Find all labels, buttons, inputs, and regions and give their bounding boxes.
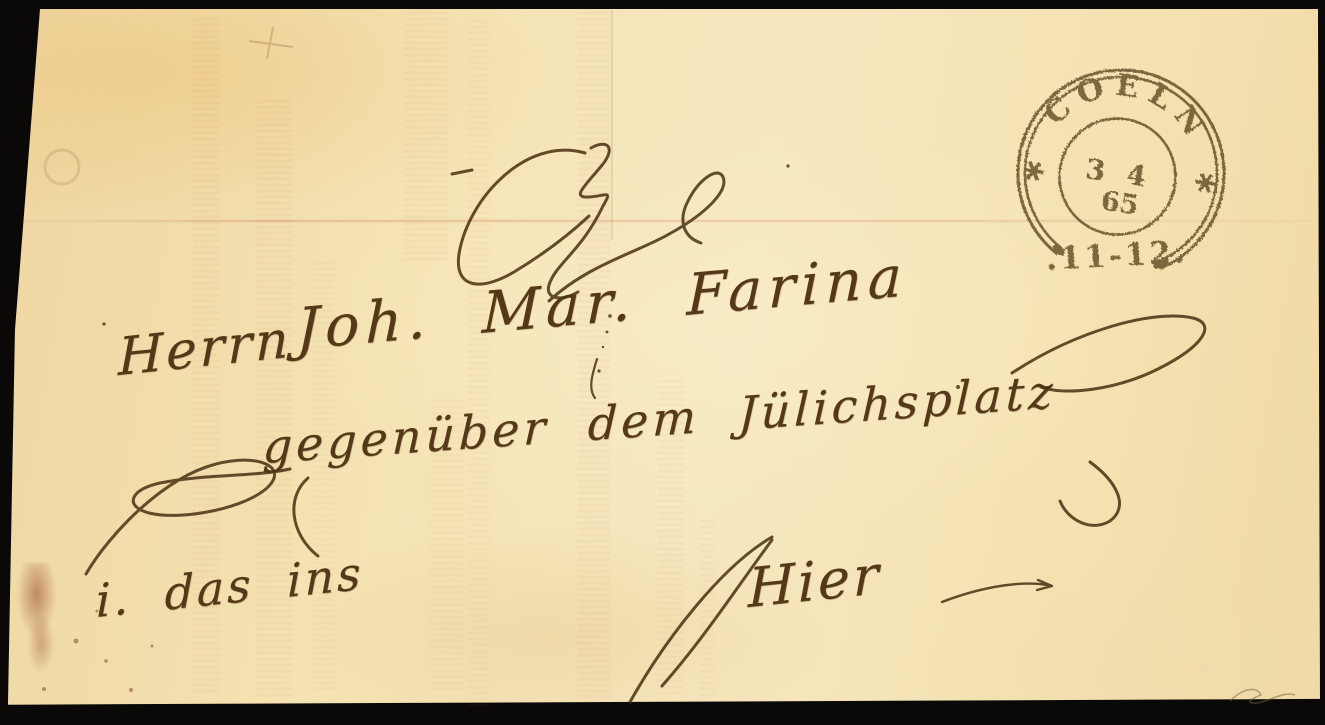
flourish-delivery-dash [942, 580, 1052, 602]
ink-dot [786, 164, 789, 167]
flourish-delivery [630, 537, 772, 702]
pencil-mark [1230, 689, 1295, 703]
flourish-top [548, 144, 609, 298]
postmark-year: 65 [1099, 186, 1141, 222]
postmark-town: COELN [1034, 57, 1222, 153]
stain-speck [42, 687, 46, 691]
stain-speck [151, 645, 154, 648]
flourish-left [86, 460, 290, 574]
flourish-top [458, 150, 589, 284]
ink-speck [606, 331, 609, 334]
stain-speck [129, 688, 133, 692]
photograph-of-folded-letter: Herrn Joh. Mar. Farina gegenüber dem Jül… [0, 0, 1325, 725]
mark-tick [102, 322, 105, 325]
ink-speck [611, 299, 614, 302]
ink-speck [608, 314, 612, 318]
flourish-delivery [662, 540, 772, 686]
stain-speck [74, 639, 79, 644]
ink-speck [597, 369, 600, 372]
stain-speck [104, 659, 108, 663]
ink-dot [956, 385, 960, 389]
postmark: COELN 3 4 65 .11-12. [1000, 50, 1260, 280]
stain-speck [96, 610, 99, 613]
show-through-seal [45, 150, 79, 184]
postmark-time-mark: .11-12. [1045, 234, 1188, 277]
flourish-left [294, 478, 318, 556]
flourish-recipient-swash [1012, 316, 1205, 391]
ink-flick [591, 359, 597, 398]
crease-cross [249, 27, 293, 59]
flourish-top [549, 173, 724, 301]
flourish-top [452, 170, 472, 174]
ink-speck [602, 346, 604, 348]
asterisk-right-icon [1194, 173, 1216, 193]
flourish-street-tail [1060, 462, 1119, 525]
